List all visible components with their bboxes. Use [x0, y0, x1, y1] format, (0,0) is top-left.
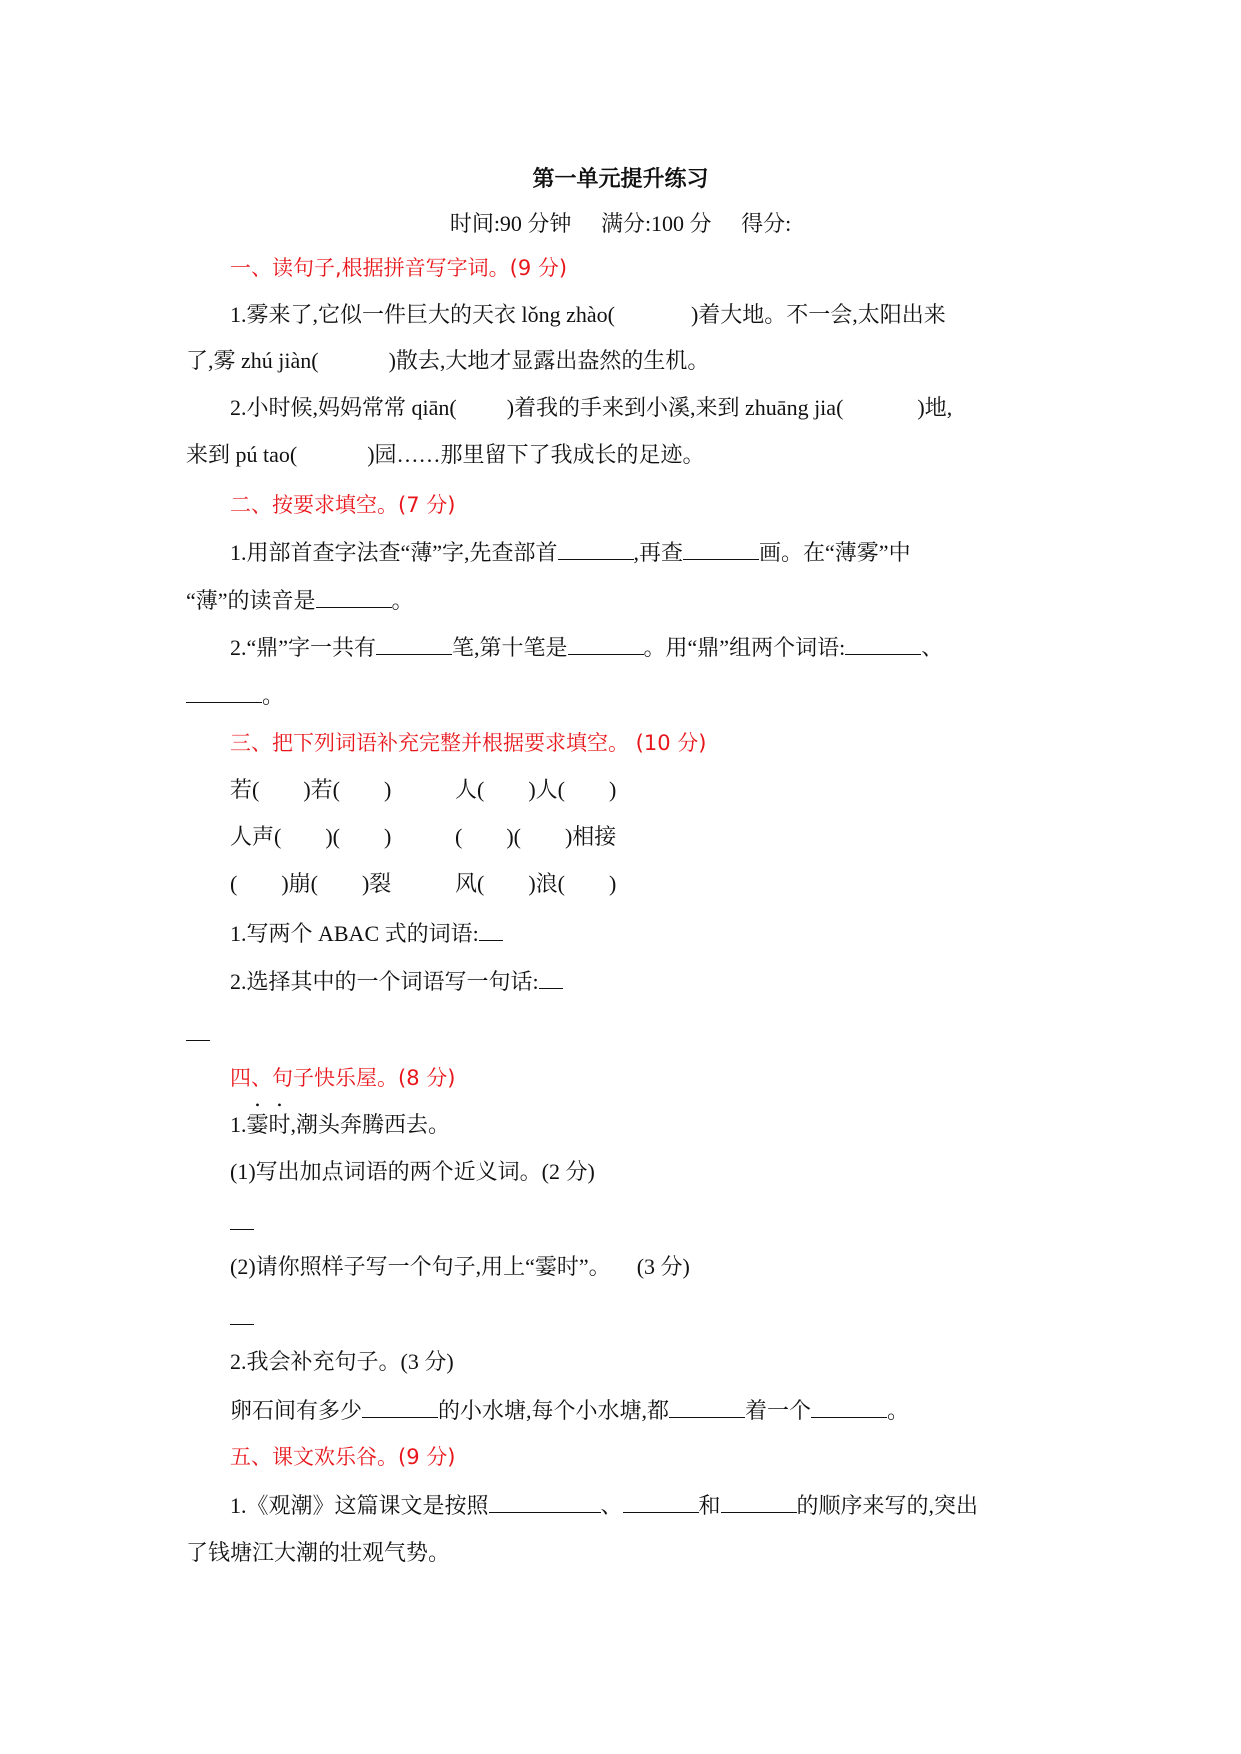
s4-q2: 2.我会补充句子。(3 分): [230, 1347, 1100, 1377]
s1-q1-line1: 1.雾来了,它似一件巨大的天衣 lǒng zhào()着大地。不一会,太阳出来: [230, 300, 1100, 330]
s5-q1-line2: 了钱塘江大潮的壮观气势。: [186, 1538, 1056, 1568]
section-3-heading: 三、把下列词语补充完整并根据要求填空。 (10 分): [230, 728, 1100, 758]
s3-row1: 若( )若( )人( )人( ): [230, 775, 1100, 805]
answer-blank[interactable]: [489, 1490, 601, 1513]
section-1-heading: 一、读句子,根据拼音写字词。(9 分): [230, 253, 1100, 283]
s2-q2-line2: 。: [186, 680, 1056, 711]
s1-q2-line2: 来到 pú tao()园……那里留下了我成长的足迹。: [186, 440, 1056, 470]
s4-q1-sub1-answer: [230, 1207, 1100, 1238]
answer-blank[interactable]: [186, 1018, 210, 1041]
answer-blank[interactable]: [721, 1490, 797, 1513]
score-field: 得分:: [741, 211, 791, 236]
s3-q1: 1.写两个 ABAC 式的词语:: [230, 918, 1100, 949]
dotted-word: 霎时: [247, 1112, 291, 1137]
s3-row2: 人声( )( )( )( )相接: [230, 822, 1100, 852]
answer-blank[interactable]: [376, 632, 452, 655]
exam-meta: 时间:90 分钟 满分:100 分 得分:: [0, 207, 1241, 238]
page-title: 第一单元提升练习: [0, 162, 1241, 193]
s2-q2-line1: 2.“鼎”字一共有笔,第十笔是。用“鼎”组两个词语:、: [230, 632, 1100, 663]
s4-q1-sub1: (1)写出加点词语的两个近义词。(2 分): [230, 1157, 1100, 1187]
answer-blank[interactable]: [479, 918, 503, 941]
answer-blank[interactable]: [230, 1207, 254, 1230]
s2-q1-line1: 1.用部首查字法查“薄”字,先查部首,再查画。在“薄雾”中: [230, 537, 1100, 568]
s3-q2-continue: [186, 1018, 1056, 1049]
answer-blank[interactable]: [539, 966, 563, 989]
s4-q1-sub2: (2)请你照样子写一个句子,用上“霎时”。(3 分): [230, 1252, 1100, 1282]
answer-blank[interactable]: [230, 1302, 254, 1325]
answer-blank[interactable]: [186, 680, 262, 703]
answer-blank[interactable]: [316, 585, 392, 608]
s3-row3: ( )崩( )裂风( )浪( ): [230, 869, 1100, 899]
s1-q2-line1: 2.小时候,妈妈常常 qiān()着我的手来到小溪,来到 zhuāng jia(…: [230, 393, 1100, 423]
s4-q1-sentence: 1.霎时,潮头奔腾西去。: [230, 1110, 1100, 1140]
answer-blank[interactable]: [623, 1490, 699, 1513]
answer-blank[interactable]: [811, 1395, 887, 1418]
section-5-heading: 五、课文欢乐谷。(9 分): [230, 1442, 1100, 1472]
section-4-heading: 四、句子快乐屋。(8 分): [230, 1063, 1100, 1093]
time-limit: 时间:90 分钟: [450, 211, 572, 236]
answer-blank[interactable]: [362, 1395, 438, 1418]
s1-q1-line2: 了,雾 zhú jiàn()散去,大地才显露出盎然的生机。: [186, 346, 1056, 376]
answer-blank[interactable]: [568, 632, 644, 655]
section-2-heading: 二、按要求填空。(7 分): [230, 490, 1100, 520]
s5-q1-line1: 1.《观潮》这篇课文是按照、和的顺序来写的,突出: [230, 1490, 1100, 1521]
s3-q2: 2.选择其中的一个词语写一句话:: [230, 966, 1100, 997]
answer-blank[interactable]: [683, 537, 759, 560]
full-score: 满分:100 分: [601, 211, 712, 236]
answer-blank[interactable]: [845, 632, 921, 655]
answer-blank[interactable]: [669, 1395, 745, 1418]
answer-blank[interactable]: [558, 537, 634, 560]
s4-q1-sub2-answer: [230, 1302, 1100, 1333]
s2-q1-line2: “薄”的读音是。: [186, 585, 1056, 616]
s4-q2-sentence: 卵石间有多少的小水塘,每个小水塘,都着一个。: [230, 1395, 1100, 1426]
